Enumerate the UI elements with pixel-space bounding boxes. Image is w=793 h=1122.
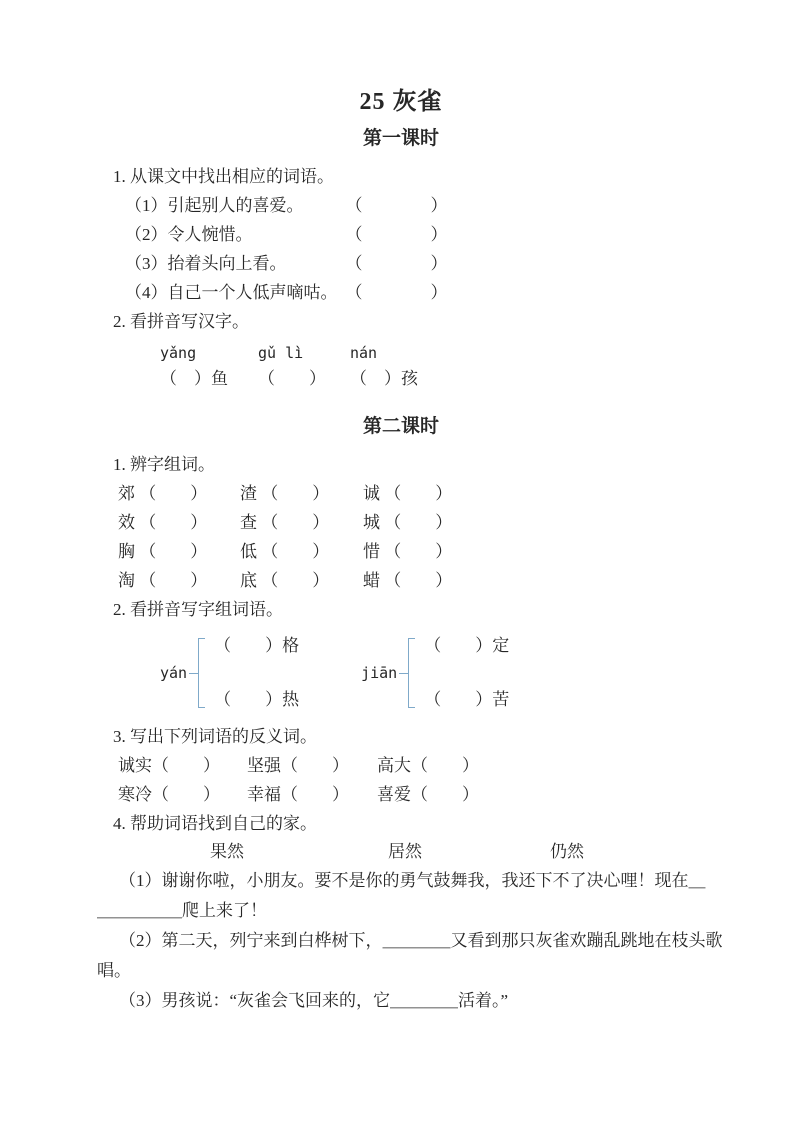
word-bank: 果然 居然 仍然 xyxy=(97,838,705,866)
sentence-1-line-1: （1）谢谢你啦，小朋友。要不是你的勇气鼓舞我，我还下不了决心哩！现在＿ xyxy=(119,866,705,896)
brace-group-yan: yán （ ）格 （ ）热 xyxy=(160,636,299,710)
char-grid-cell: 查 （ ） xyxy=(240,508,363,537)
session-1-heading: 第一课时 xyxy=(97,126,705,152)
pinyin-text: jiān xyxy=(361,664,397,682)
item-number: （1） xyxy=(125,191,168,220)
char-grid-cell: 诚 （ ） xyxy=(363,479,705,508)
answer-blank: ＿＿＿＿＿ xyxy=(97,901,182,920)
sentence-2-line-1: （2）第二天，列宁来到白桦树下，＿＿＿＿又看到那只灰雀欢蹦乱跳地在枝头歌 xyxy=(119,926,705,956)
pinyin-cell: gǔ lì （ ） xyxy=(258,342,350,394)
square-bracket-icon xyxy=(408,638,415,708)
connector-dash-icon xyxy=(399,673,408,674)
antonym-cell: 寒冷（ ） xyxy=(118,780,247,809)
brace-options: （ ）格 （ ）热 xyxy=(205,636,299,710)
answer-parens: （ ）鱼 xyxy=(160,364,258,394)
sentence-text: 唱。 xyxy=(97,961,131,980)
word-bank-option: 居然 xyxy=(388,838,422,866)
brace-option-bottom: （ ）热 xyxy=(214,690,299,710)
answer-parens: （ ）孩 xyxy=(350,364,418,394)
pinyin-text: nán xyxy=(350,342,418,364)
pinyin-cell: yǎng （ ）鱼 xyxy=(160,342,258,394)
word-bank-option: 果然 xyxy=(210,838,244,866)
char-grid-cell: 城 （ ） xyxy=(363,508,705,537)
antonym-cell: 诚实（ ） xyxy=(118,751,247,780)
p2-q4-label: 4. 帮助词语找到自己的家。 xyxy=(113,809,705,838)
word-bank-option: 仍然 xyxy=(550,838,584,866)
item-clue-text: 自己一个人低声嘀咕。 xyxy=(168,278,346,307)
pinyin-brace-row: yán （ ）格 （ ）热 jiān （ ）定 （ ）苦 xyxy=(160,634,705,712)
word-match-item-2: （2） 令人惋惜。 （ ） xyxy=(125,220,705,249)
word-match-item-3: （3） 抬着头向上看。 （ ） xyxy=(125,249,705,278)
square-bracket-icon xyxy=(198,638,205,708)
sentence-text: 活着。” xyxy=(458,991,508,1010)
answer-blank: ＿＿＿＿ xyxy=(390,991,458,1010)
char-word-grid: 郊 （ ） 渣 （ ） 诚 （ ） 效 （ ） 查 （ ） 城 （ ） 胸 （ … xyxy=(118,479,705,595)
brace-option-top: （ ）定 xyxy=(424,636,509,656)
brace-option-top: （ ）格 xyxy=(214,636,299,656)
p2-q3-label: 3. 写出下列词语的反义词。 xyxy=(113,722,705,751)
char-grid-cell: 淘 （ ） xyxy=(118,566,240,595)
item-number: （4） xyxy=(125,278,168,307)
answer-parens: （ ） xyxy=(346,278,448,307)
char-grid-cell: 惜 （ ） xyxy=(363,537,705,566)
char-grid-cell: 胸 （ ） xyxy=(118,537,240,566)
answer-parens: （ ） xyxy=(258,364,350,394)
word-match-item-1: （1） 引起别人的喜爱。 （ ） xyxy=(125,191,705,220)
lesson-title: 25 灰雀 xyxy=(97,86,705,118)
antonym-grid: 诚实（ ） 坚强（ ） 高大（ ） 寒冷（ ） 幸福（ ） 喜爱（ ） xyxy=(118,751,705,809)
char-grid-cell: 郊 （ ） xyxy=(118,479,240,508)
pinyin-text: yán xyxy=(160,664,187,682)
p1-q1-label: 1. 从课文中找出相应的词语。 xyxy=(113,162,705,191)
answer-parens: （ ） xyxy=(346,249,448,278)
brace-option-bottom: （ ）苦 xyxy=(424,690,509,710)
p2-q2-label: 2. 看拼音写字组词语。 xyxy=(113,595,705,624)
char-grid-cell: 底 （ ） xyxy=(240,566,363,595)
pinyin-text: gǔ lì xyxy=(258,342,350,364)
item-clue-text: 抬着头向上看。 xyxy=(168,249,346,278)
char-grid-cell: 渣 （ ） xyxy=(240,479,363,508)
sentence-2-line-2: 唱。 xyxy=(97,956,705,986)
pinyin-cell: nán （ ）孩 xyxy=(350,342,418,394)
worksheet-page: 25 灰雀 第一课时 1. 从课文中找出相应的词语。 （1） 引起别人的喜爱。 … xyxy=(0,0,793,1122)
pinyin-text: yǎng xyxy=(160,342,258,364)
char-grid-cell: 蜡 （ ） xyxy=(363,566,705,595)
item-clue-text: 引起别人的喜爱。 xyxy=(168,191,346,220)
p2-q1-label: 1. 辨字组词。 xyxy=(113,450,705,479)
answer-parens: （ ） xyxy=(346,191,448,220)
answer-blank: ＿＿＿＿ xyxy=(383,931,451,950)
sentence-text: （3）男孩说：“灰雀会飞回来的，它 xyxy=(119,991,390,1010)
sentence-text: 爬上来了！ xyxy=(182,901,267,920)
item-clue-text: 令人惋惜。 xyxy=(168,220,346,249)
brace-group-jian: jiān （ ）定 （ ）苦 xyxy=(361,636,509,710)
antonym-cell: 高大（ ） xyxy=(377,751,705,780)
brace-options: （ ）定 （ ）苦 xyxy=(415,636,509,710)
session-2-heading: 第二课时 xyxy=(97,414,705,440)
sentence-text: （2）第二天，列宁来到白桦树下， xyxy=(119,931,383,950)
item-number: （3） xyxy=(125,249,168,278)
item-number: （2） xyxy=(125,220,168,249)
p1-q2-label: 2. 看拼音写汉字。 xyxy=(113,307,705,336)
antonym-cell: 幸福（ ） xyxy=(247,780,377,809)
sentence-text: 又看到那只灰雀欢蹦乱跳地在枝头歌 xyxy=(451,931,723,950)
word-match-item-4: （4） 自己一个人低声嘀咕。 （ ） xyxy=(125,278,705,307)
antonym-cell: 坚强（ ） xyxy=(247,751,377,780)
char-grid-cell: 低 （ ） xyxy=(240,537,363,566)
connector-dash-icon xyxy=(189,673,198,674)
sentence-1-line-2: ＿＿＿＿＿爬上来了！ xyxy=(97,896,705,926)
sentence-text: （1）谢谢你啦，小朋友。要不是你的勇气鼓舞我，我还下不了决心哩！现在 xyxy=(119,871,689,890)
answer-parens: （ ） xyxy=(346,220,448,249)
answer-blank: ＿ xyxy=(689,871,706,890)
char-grid-cell: 效 （ ） xyxy=(118,508,240,537)
sentence-3-line: （3）男孩说：“灰雀会飞回来的，它＿＿＿＿活着。” xyxy=(119,986,705,1016)
antonym-cell: 喜爱（ ） xyxy=(377,780,705,809)
pinyin-write-block: yǎng （ ）鱼 gǔ lì （ ） nán （ ）孩 xyxy=(160,342,705,394)
